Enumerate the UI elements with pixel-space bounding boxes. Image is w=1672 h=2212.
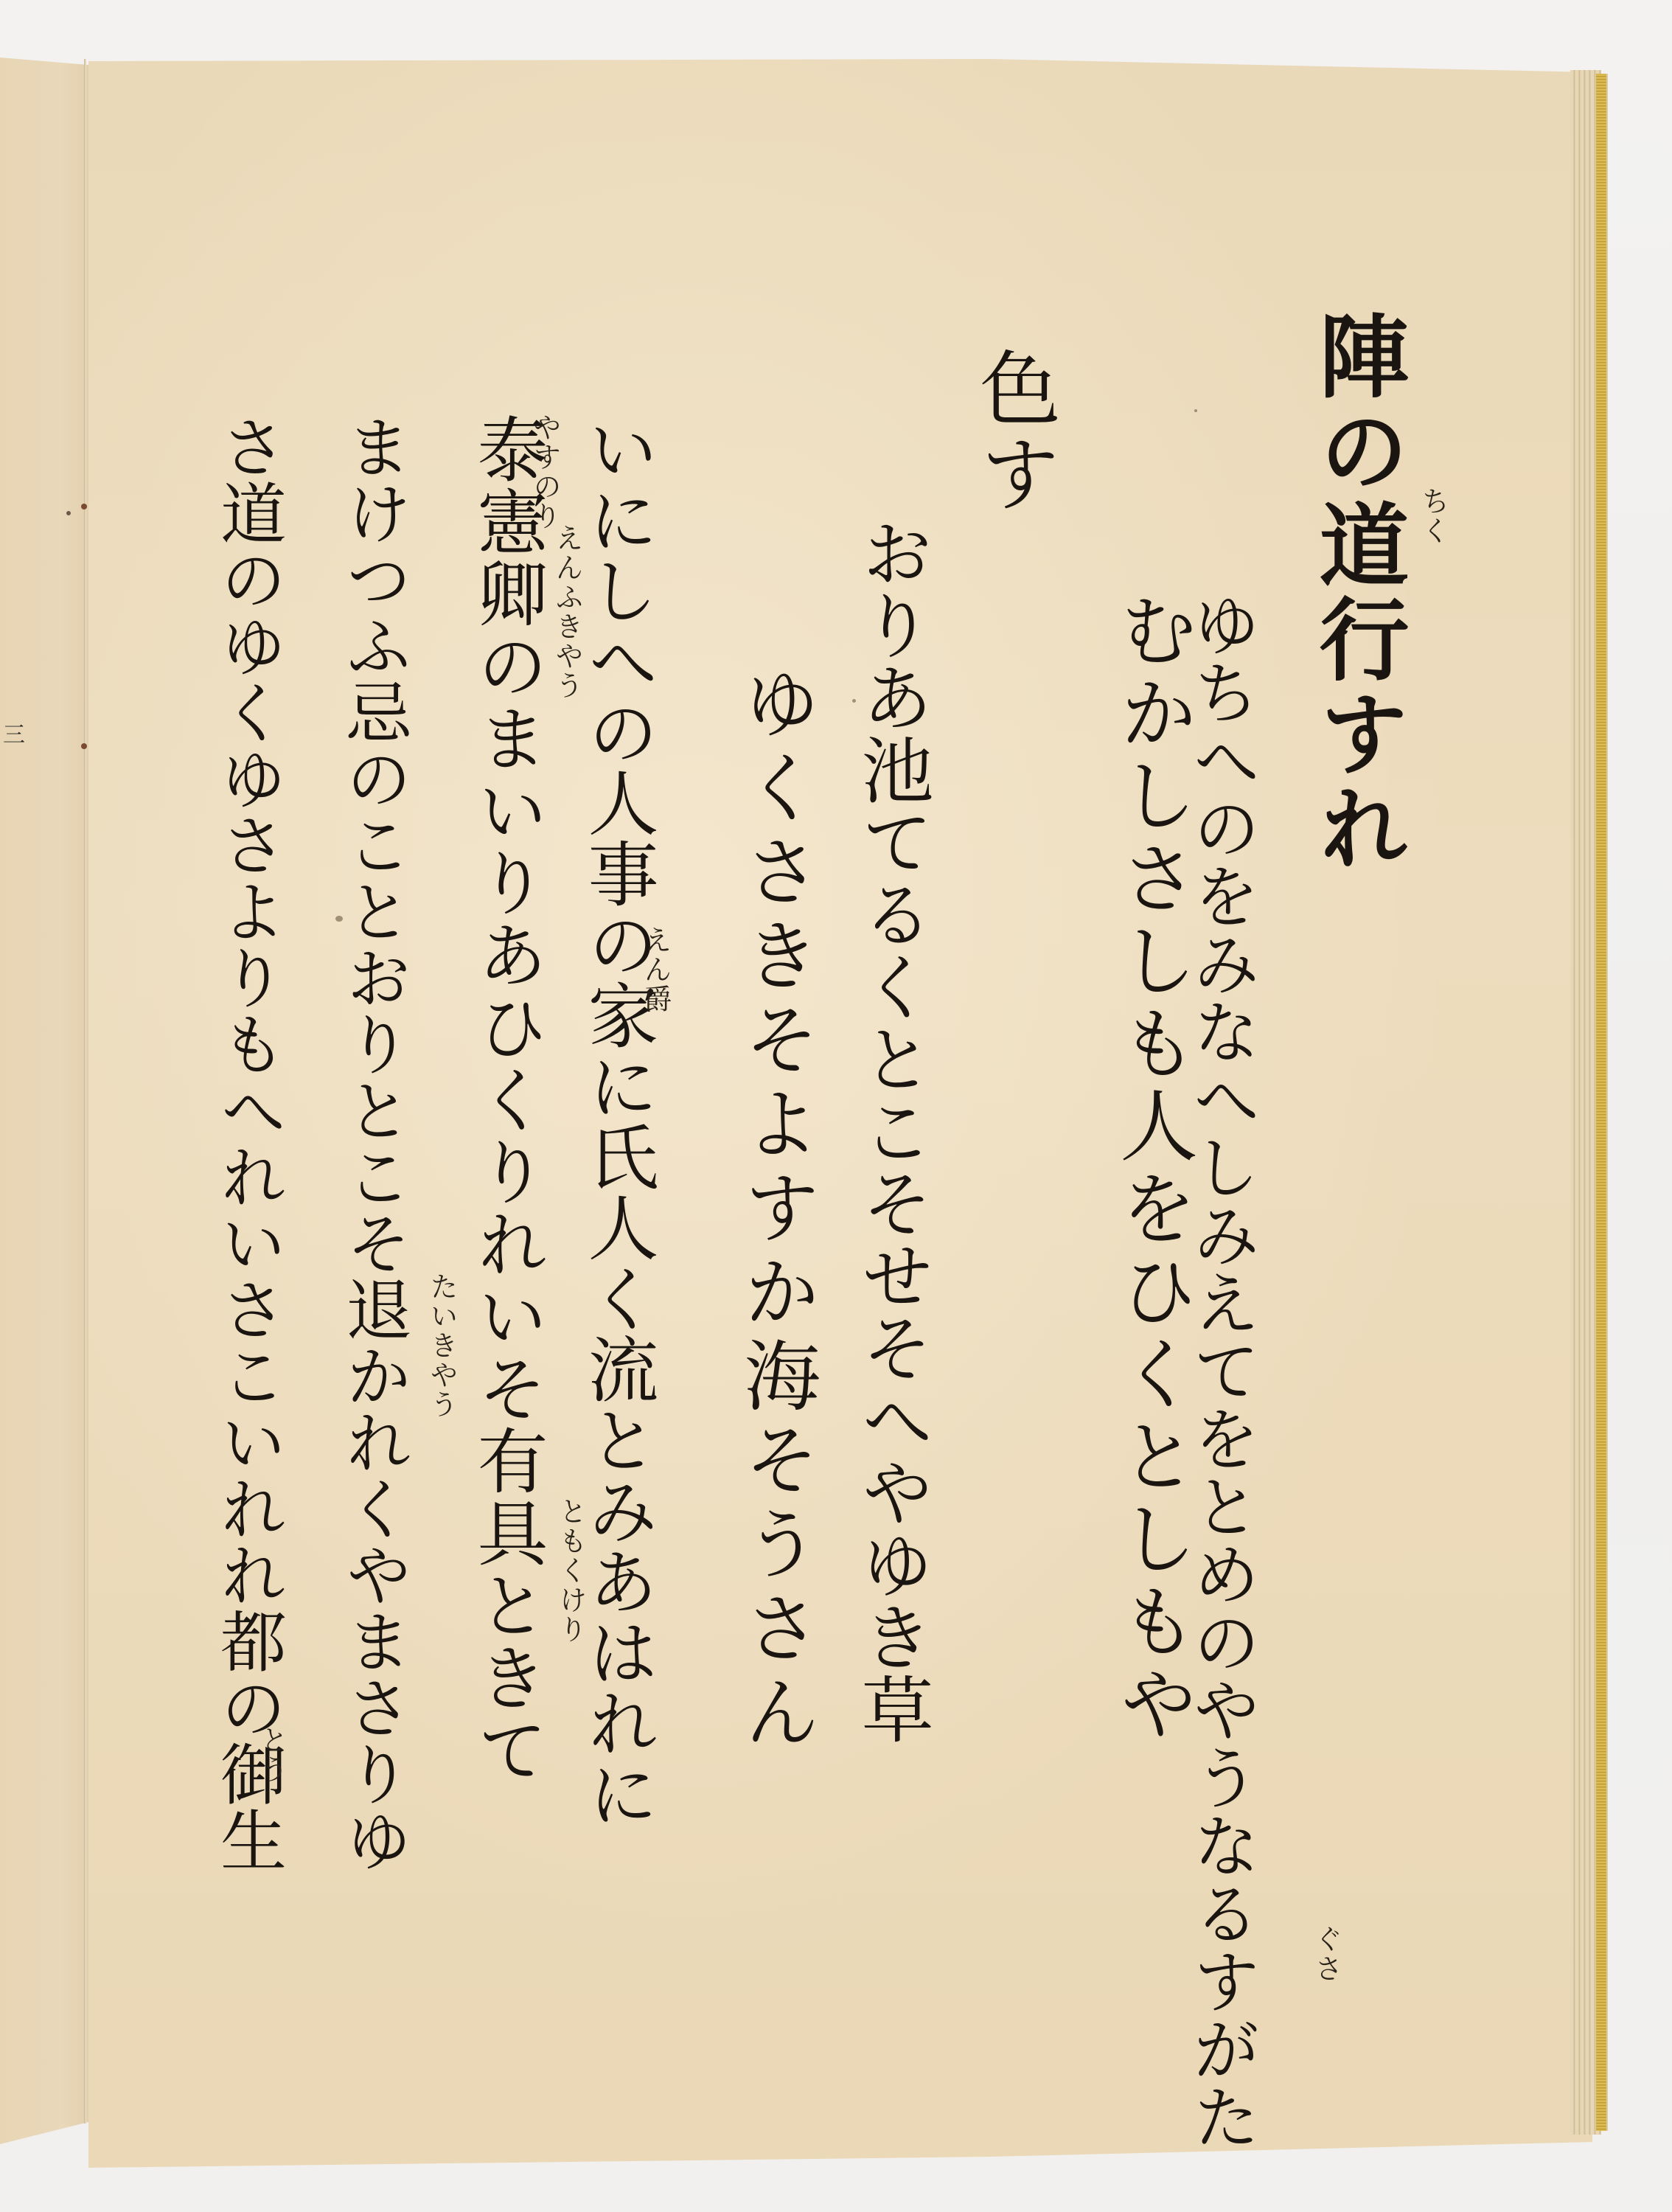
- binding-hole: [66, 511, 71, 515]
- furigana: えん爵: [641, 925, 669, 1014]
- binding-hole: [81, 504, 87, 509]
- calligraphy-column: 泰憲卿のまいりあひくりれいそ有具ときて: [472, 413, 543, 1786]
- folio-number: 三: [0, 723, 22, 745]
- calligraphy-column: むかしさしも人をひくとしもや: [1113, 590, 1191, 1746]
- calligraphy-column-heading: 陣の道行すれ: [1312, 310, 1402, 876]
- furigana: ぐさ: [1312, 1924, 1340, 1983]
- paper-speck: [1194, 409, 1197, 412]
- furigana: えんふきやう: [553, 524, 581, 700]
- furigana: とう: [258, 1725, 286, 1784]
- calligraphy-column: まけつふ忌のことおりとこそ退かれくやまさりゆ: [339, 413, 405, 1873]
- paper-speck: [852, 699, 856, 703]
- calligraphy-column: おりあ池てるくとこそせそへやゆき草: [855, 516, 927, 1745]
- gilt-fore-edge: [1596, 74, 1608, 2131]
- gutter-fold: [84, 59, 86, 2124]
- furigana: たいきやう: [428, 1272, 456, 1419]
- calligraphy-column: 色す: [973, 347, 1054, 518]
- furigana: ちく: [1419, 487, 1447, 546]
- furigana: やすのり: [531, 413, 559, 531]
- left-page: [0, 58, 88, 2144]
- calligraphy-column: ゆくさきそよすか海そうさん: [737, 664, 814, 1756]
- paper-speck: [335, 916, 343, 922]
- furigana: ともくけり: [557, 1497, 585, 1644]
- calligraphy-column: さ道のゆくゆさよりもへれいさこいれれ都の御生: [214, 413, 280, 1873]
- binding-hole: [81, 743, 87, 749]
- calligraphy-column: いにしへの人事の家に氏人く流とみあはれに: [582, 413, 653, 1829]
